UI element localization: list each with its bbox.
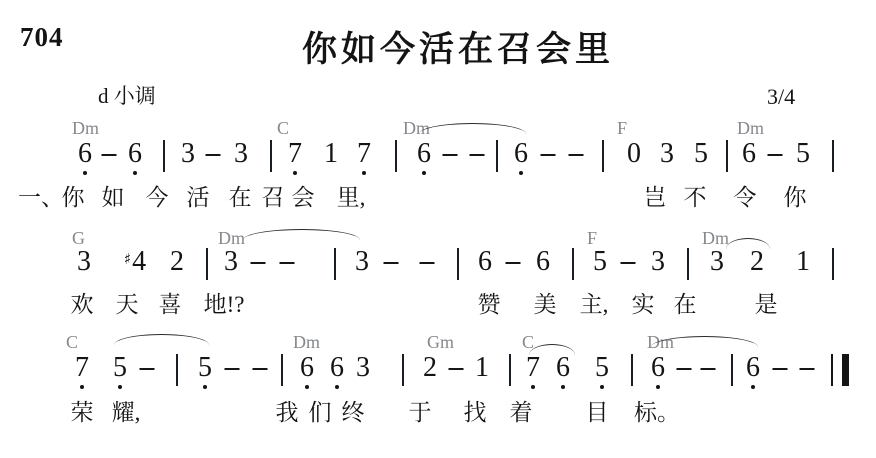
barline [281,354,283,386]
barline [832,140,834,172]
note-digit: 0 [627,140,641,168]
lyric-syllable: 荣 [71,400,94,426]
barline [602,140,604,172]
time-signature: 3/4 [767,84,795,110]
chord-label: Dm [737,118,764,138]
sharp-accidental-icon: ♯ [124,250,131,268]
slur-arc [243,229,360,240]
barline [832,248,834,280]
octave-dot [133,171,137,175]
lyric-syllable: 如 [102,185,125,211]
note-digit: 3 [710,248,724,276]
lyric-syllable: 不 [684,185,707,211]
note-digit: 3 [355,248,369,276]
chord-label: Dm [293,332,320,352]
note-digit: 1 [324,140,338,168]
note-digit: 6 [478,248,492,276]
duration-dash [470,154,485,156]
duration-dash [251,262,266,264]
barline [163,140,165,172]
chord-label: C [66,332,78,352]
barline [631,354,633,386]
octave-dot [362,171,366,175]
lyric-syllable: 目 [586,400,609,426]
note-digit: 7 [75,354,89,382]
barline [496,140,498,172]
octave-dot [83,171,87,175]
octave-dot [293,171,297,175]
note-digit: 3 [660,140,674,168]
note-digit: 6 [330,354,344,382]
lyric-syllable: 今 [146,185,169,211]
note-digit: 3 [234,140,248,168]
octave-dot [118,385,122,389]
barline [726,140,728,172]
lyric-syllable: 你 [62,185,85,211]
duration-dash [541,154,556,156]
lyric-syllable: 耀, [112,400,141,426]
note-digit: 2 [423,354,437,382]
hymn-sheet-page: 704 你如今活在召会里 d 小调 3/4 DmCDmFDm6633717660… [0,0,876,458]
slur-arc [114,334,209,345]
lyric-syllable: 天 [116,292,139,318]
duration-dash [140,368,155,370]
duration-dash [773,368,788,370]
duration-dash [384,262,399,264]
octave-dot [203,385,207,389]
hymn-number: 704 [20,22,64,53]
barline [334,248,336,280]
lyric-syllable: 标。 [634,400,680,426]
note-digit: 3 [356,354,370,382]
page-title: 你如今活在召会里 [302,22,614,72]
duration-dash [569,154,584,156]
chord-label: G [72,228,85,248]
barline [509,354,511,386]
lyric-syllable: 岂 [644,185,667,211]
note-digit: 6 [556,354,570,382]
lyric-syllable: 会 [292,185,315,211]
barline [270,140,272,172]
note-digit: 1 [475,354,489,382]
lyric-syllable: 活 [187,185,210,211]
note-digit: 3 [651,248,665,276]
note-digit: 5 [593,248,607,276]
octave-dot [519,171,523,175]
note-digit: 5 [198,354,212,382]
lyric-syllable: 终 [342,400,365,426]
slur-arc [419,123,526,134]
lyric-syllable: 召 [262,185,285,211]
duration-dash [206,154,221,156]
duration-dash [506,262,521,264]
note-digit: 6 [300,354,314,382]
duration-dash [677,368,692,370]
note-digit: 6 [536,248,550,276]
note-digit: 7 [357,140,371,168]
final-barline [831,354,849,386]
lyric-syllable: 是 [755,292,778,318]
octave-dot [600,385,604,389]
lyric-syllable: 里, [337,185,366,211]
note-digit: 6 [651,354,665,382]
note-digit: 3 [77,248,91,276]
lyric-syllable: 地!? [204,292,245,318]
octave-dot [422,171,426,175]
duration-dash [768,154,783,156]
note-digit: 6 [514,140,528,168]
duration-dash [280,262,295,264]
chord-label: Dm [702,228,729,248]
note-digit: 5 [113,354,127,382]
lyric-syllable: 在 [674,292,697,318]
barline [731,354,733,386]
lyric-syllable: 令 [734,185,757,211]
duration-dash [225,368,240,370]
duration-dash [800,368,815,370]
barline [402,354,404,386]
barline [206,248,208,280]
lyric-syllable: 找 [464,400,487,426]
chord-label: F [617,118,627,138]
duration-dash [701,368,716,370]
barline [572,248,574,280]
chord-label: C [277,118,289,138]
note-digit: 7 [288,140,302,168]
chord-label: Dm [72,118,99,138]
note-digit: 6 [417,140,431,168]
octave-dot [561,385,565,389]
lyric-syllable: 们 [309,400,332,426]
octave-dot [656,385,660,389]
duration-dash [449,368,464,370]
duration-dash [420,262,435,264]
duration-dash [443,154,458,156]
lyric-syllable: 于 [409,400,432,426]
chord-label: F [587,228,597,248]
note-digit: 1 [796,248,810,276]
note-digit: 2 [170,248,184,276]
note-digit: 6 [128,140,142,168]
note-digit: ♯4 [124,248,146,279]
note-digit: 6 [746,354,760,382]
note-digit: 2 [750,248,764,276]
barline [457,248,459,280]
duration-dash [102,154,117,156]
barline [176,354,178,386]
octave-dot [751,385,755,389]
note-digit: 5 [595,354,609,382]
lyric-syllable: 主, [580,292,609,318]
barline [395,140,397,172]
octave-dot [305,385,309,389]
octave-dot [80,385,84,389]
note-digit: 5 [694,140,708,168]
lyric-syllable: 欢 [71,292,94,318]
lyric-syllable: 美 [534,292,557,318]
note-digit: 6 [742,140,756,168]
lyric-syllable: 实 [632,292,655,318]
lyric-syllable: 在 [229,185,252,211]
octave-dot [335,385,339,389]
octave-dot [531,385,535,389]
lyric-syllable: 我 [276,400,299,426]
chord-label: Gm [427,332,454,352]
note-digit: 5 [796,140,810,168]
lyric-syllable: 一、 [18,185,64,211]
lyric-syllable: 着 [510,400,533,426]
barline [687,248,689,280]
lyric-syllable: 赞 [478,292,501,318]
note-digit: 7 [526,354,540,382]
duration-dash [621,262,636,264]
lyric-syllable: 喜 [159,292,182,318]
duration-dash [253,368,268,370]
key-signature-label: d 小调 [98,80,156,110]
note-digit: 3 [181,140,195,168]
lyric-syllable: 你 [784,185,807,211]
chord-label: Dm [218,228,245,248]
note-digit: 6 [78,140,92,168]
note-digit: 3 [224,248,238,276]
